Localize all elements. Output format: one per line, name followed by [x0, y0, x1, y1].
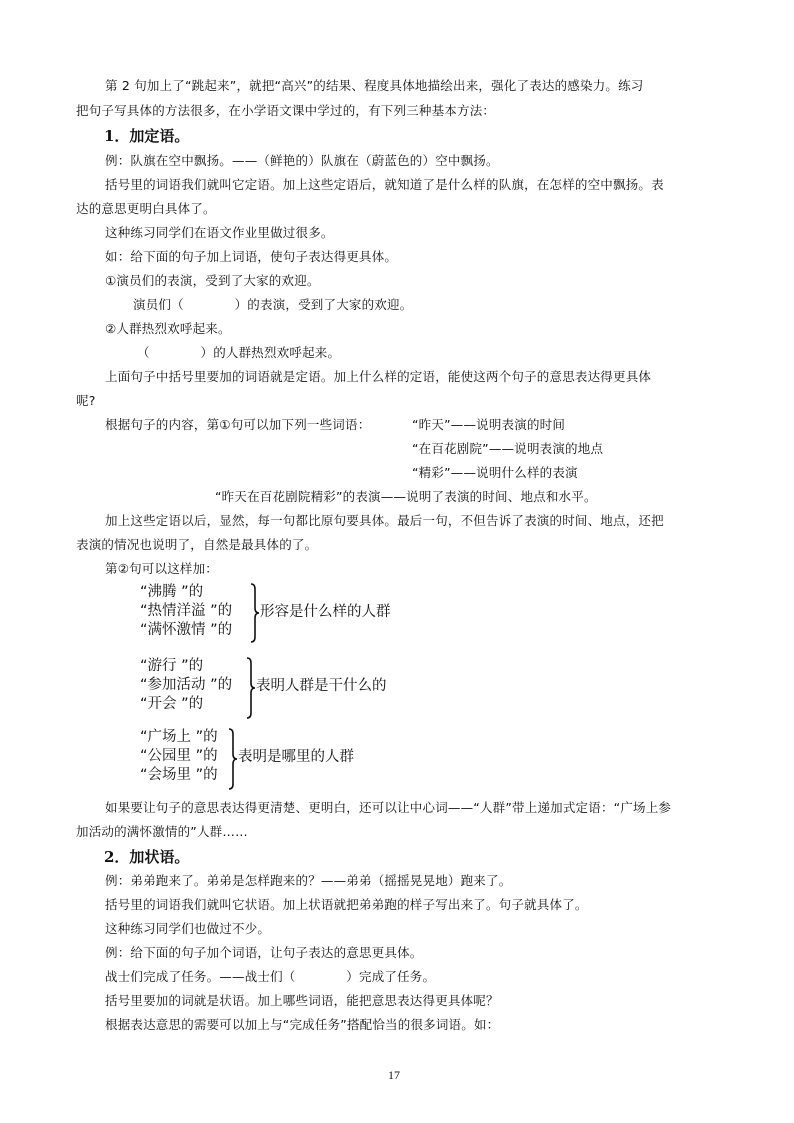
- summary-line: “昨天在百花剧院精彩”的表演——说明了表演的时间、地点和水平。: [215, 489, 597, 505]
- exercise-blank-sentence: （ ）的人群热烈欢呼起来。: [137, 345, 340, 361]
- paragraph-line: 第 2 句加上了“跳起来”，就把“高兴”的结果、程度具体地描绘出来，强化了表达的…: [105, 78, 644, 94]
- paragraph-line: 加上这些定语以后，显然，每一句都比原句要具体。最后一句，不但告诉了表演的时间、地…: [105, 513, 664, 529]
- paragraph-line: 达的意思更明白具体了。: [76, 201, 216, 217]
- paragraph-line: 这种练习同学们在语文作业里做过很多。: [105, 225, 334, 241]
- option-line: “在百花剧院”——说明表演的地点: [412, 441, 603, 457]
- modifier-group-what-kind: “沸腾 ”的 “热情洋溢 ”的 “满怀激情 ”的 形容是什么样的人群: [140, 583, 440, 645]
- paragraph-line: 根据句子的内容，第①句可以加下列一些词语：: [105, 417, 370, 433]
- paragraph-line: 把句子写具体的方法很多，在小学语文课中学过的，有下列三种基本方法：: [76, 103, 495, 119]
- paragraph-line: 括号里的词语我们就叫它定语。加上这些定语后，就知道了是什么样的队旗，在怎样的空中…: [105, 177, 664, 193]
- example-line: 例：弟弟跑来了。弟弟是怎样跑来的？——弟弟（摇摇晃晃地）跑来了。: [105, 873, 511, 889]
- modifier-item: “热情洋溢 ”的: [140, 602, 232, 621]
- exercise-sentence: 战士们完成了任务。——战士们（ ）完成了任务。: [105, 969, 435, 985]
- paragraph-line: 上面句子中括号里要加的词语就是定语。加上什么样的定语，能使这两个句子的意思表达得…: [105, 369, 651, 385]
- paragraph-line: 呢?: [76, 393, 96, 409]
- paragraph-line: 这种练习同学们也做过不少。: [105, 921, 270, 937]
- paragraph-line: 表演的情况也说明了，自然是最具体的了。: [76, 537, 317, 553]
- paragraph-line: 根据表达意思的需要可以加上与“完成任务”搭配恰当的很多词语。如：: [105, 1017, 499, 1033]
- example-line: 例：队旗在空中飘扬。——（鲜艳的）队旗在（蔚蓝色的）空中飘扬。: [105, 153, 499, 169]
- modifier-group-what-doing: “游行 ”的 “参加活动 ”的 “开会 ”的 表明人群是干什么的: [140, 657, 440, 719]
- modifier-item: “广场上 ”的: [140, 728, 218, 747]
- paragraph-line: 加活动的满怀激情的”人群……: [76, 824, 248, 840]
- modifier-item: “会场里 ”的: [140, 766, 218, 785]
- section-heading-adverbial: 2．加状语。: [104, 847, 189, 867]
- modifier-item: “满怀激情 ”的: [140, 621, 232, 640]
- paragraph-line: 如果要让句子的意思表达得更清楚、更明白，还可以让中心词——“人群”带上递加式定语…: [105, 800, 671, 816]
- group-description: 表明是哪里的人群: [238, 748, 354, 767]
- group-description: 表明人群是干什么的: [256, 677, 387, 696]
- modifier-item: “开会 ”的: [140, 695, 232, 714]
- exercise-blank-sentence: 演员们（ ）的表演，受到了大家的欢迎。: [133, 297, 412, 313]
- exercise-sentence: ①演员们的表演，受到了大家的欢迎。: [105, 273, 320, 289]
- page-number: 17: [388, 1068, 400, 1083]
- right-brace-icon: [228, 728, 237, 790]
- modifier-item: “公园里 ”的: [140, 747, 218, 766]
- modifier-item: “沸腾 ”的: [140, 583, 232, 602]
- group-description: 形容是什么样的人群: [260, 603, 391, 622]
- paragraph-line: 第②句可以这样加：: [105, 561, 218, 577]
- exercise-sentence: ②人群热烈欢呼起来。: [105, 321, 231, 337]
- option-line: “精彩”——说明什么样的表演: [412, 465, 578, 481]
- option-line: “昨天”——说明表演的时间: [412, 417, 565, 433]
- paragraph-line: 括号里的词语我们就叫它状语。加上状语就把弟弟跑的样子写出来了。句子就具体了。: [105, 897, 588, 913]
- section-heading-attributive: 1．加定语。: [104, 126, 189, 146]
- modifier-group-where: “广场上 ”的 “公园里 ”的 “会场里 ”的 表明是哪里的人群: [140, 728, 440, 790]
- paragraph-line: 括号里要加的词就是状语。加上哪些词语，能把意思表达得更具体呢？: [105, 993, 499, 1009]
- modifier-item: “游行 ”的: [140, 657, 232, 676]
- paragraph-line: 例：给下面的句子加个词语，让句子表达的意思更具体。: [105, 945, 423, 961]
- document-page: 第 2 句加上了“跳起来”，就把“高兴”的结果、程度具体地描绘出来，强化了表达的…: [0, 0, 794, 1123]
- right-brace-icon: [250, 583, 259, 643]
- right-brace-icon: [246, 657, 255, 719]
- modifier-item: “参加活动 ”的: [140, 676, 232, 695]
- paragraph-line: 如：给下面的句子加上词语，使句子表达得更具体。: [105, 249, 397, 265]
